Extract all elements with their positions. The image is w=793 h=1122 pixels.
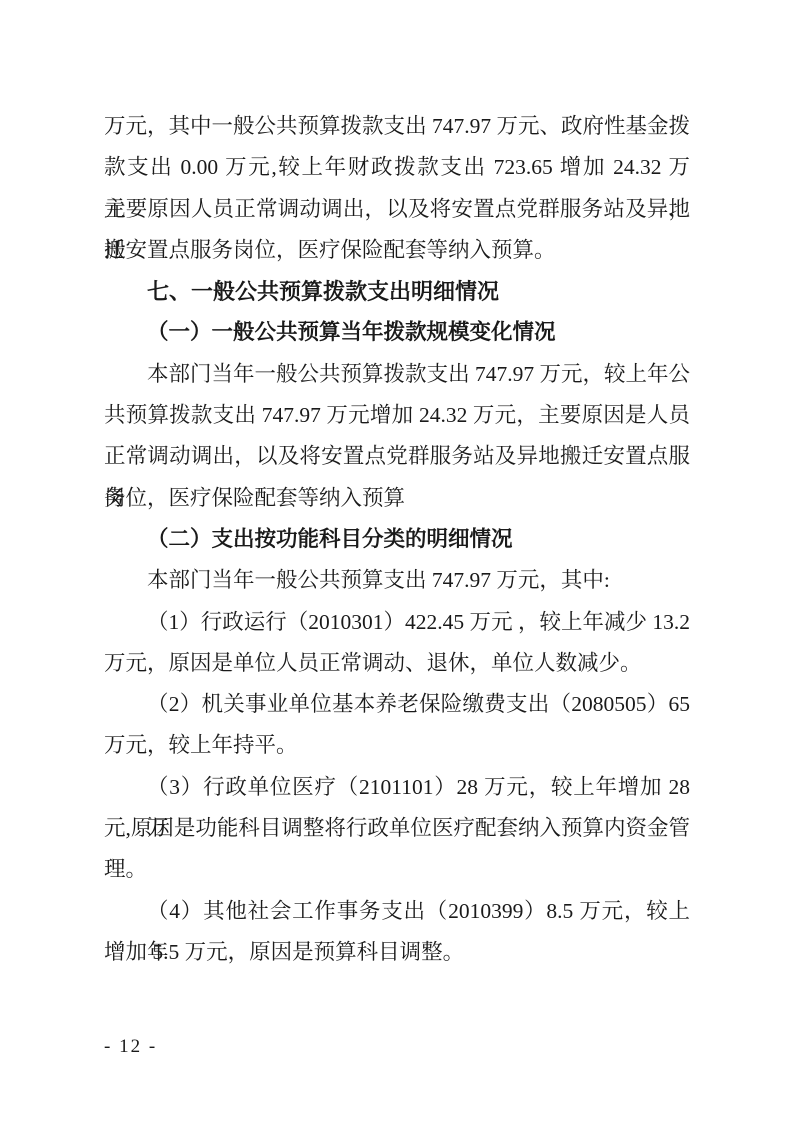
text-line: 元,原因是功能科目调整将行政单位医疗配套纳入预算内资金管: [104, 808, 690, 849]
text-line: 万元，较上年持平。: [104, 725, 690, 766]
subsection-heading: （二）支出按功能科目分类的明细情况: [104, 519, 690, 560]
subsection-heading: （一）一般公共预算当年拨款规模变化情况: [104, 312, 690, 353]
text-line: （2）机关事业单位基本养老保险缴费支出（2080505）65: [104, 684, 690, 725]
document-page: 万元，其中一般公共预算拨款支出 747.97 万元、政府性基金拨 款支出 0.0…: [0, 0, 793, 1122]
text-line: 正常调动调出，以及将安置点党群服务站及异地搬迁安置点服务: [104, 436, 690, 477]
text-line: （1）行政运行（2010301）422.45 万元 ，较上年减少 13.2: [104, 602, 690, 643]
text-line: 迁安置点服务岗位，医疗保险配套等纳入预算。: [104, 230, 690, 271]
text-line: （4）其他社会工作事务支出（2010399）8.5 万元，较上年: [104, 891, 690, 932]
text-line: 理。: [104, 849, 690, 890]
text-line: 万元，其中一般公共预算拨款支出 747.97 万元、政府性基金拨: [104, 106, 690, 147]
text-line: 增加 5.5 万元，原因是预算科目调整。: [104, 932, 690, 973]
text-line: 本部门当年一般公共预算拨款支出 747.97 万元，较上年公: [104, 354, 690, 395]
text-line: 万元，原因是单位人员正常调动、退休，单位人数减少。: [104, 643, 690, 684]
text-line: 共预算拨款支出 747.97 万元增加 24.32 万元，主要原因是人员: [104, 395, 690, 436]
text-line: （3）行政单位医疗（2101101）28 万元，较上年增加 28 万: [104, 767, 690, 808]
text-line: 本部门当年一般公共预算支出 747.97 万元，其中:: [104, 560, 690, 601]
document-body: 万元，其中一般公共预算拨款支出 747.97 万元、政府性基金拨 款支出 0.0…: [104, 106, 690, 973]
page-number: - 12 -: [104, 1036, 157, 1058]
section-heading: 七、一般公共预算拨款支出明细情况: [104, 271, 690, 312]
text-line: 岗位，医疗保险配套等纳入预算: [104, 478, 690, 519]
text-line: 款支出 0.00 万元,较上年财政拨款支出 723.65 增加 24.32 万元…: [104, 147, 690, 188]
text-line: 主要原因人员正常调动调出，以及将安置点党群服务站及异地搬: [104, 189, 690, 230]
